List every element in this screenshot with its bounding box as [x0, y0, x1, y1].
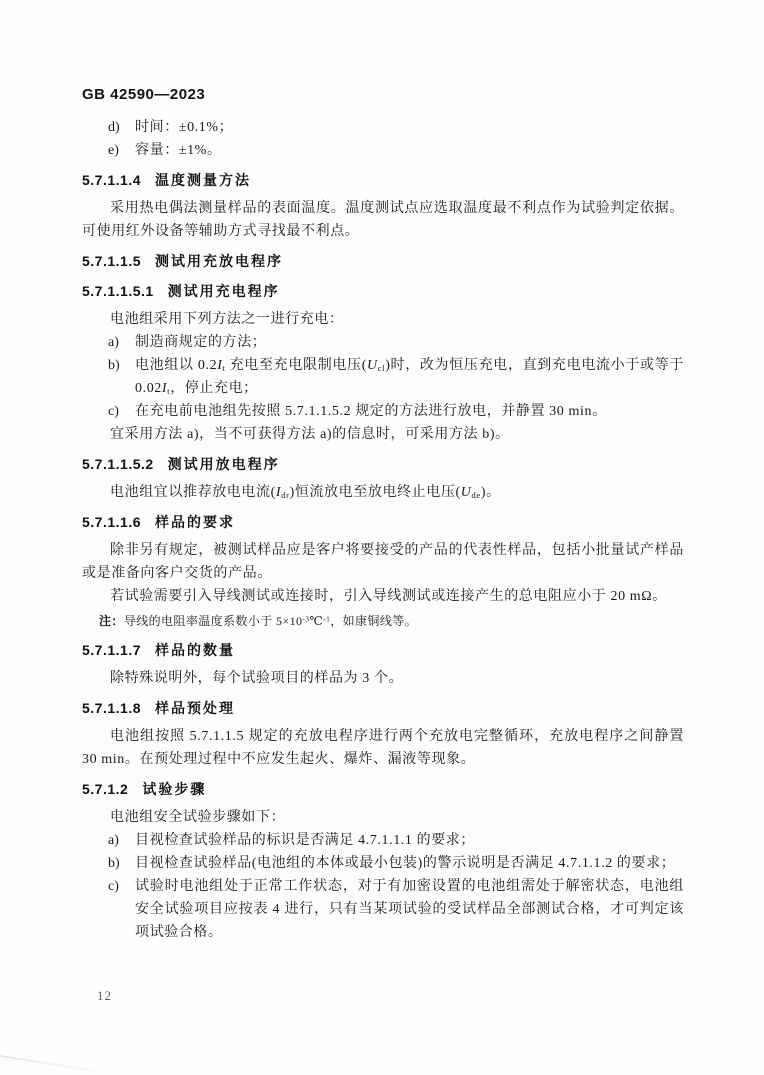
paragraph: 电池组安全试验步骤如下：: [82, 806, 684, 829]
ordered-list: a)制造商规定的方法；b)电池组以 0.2It 充电至充电限制电压(Ucl)时，…: [82, 331, 684, 423]
section-number: 5.7.1.1.5.1: [82, 283, 154, 299]
section-heading: 5.7.1.1.7样品的数量: [82, 639, 684, 662]
section-title: 样品预处理: [155, 700, 235, 716]
document-page: GB 42590—2023 d)时间：±0.1%；e)容量：±1%。5.7.1.…: [0, 0, 764, 1075]
section-number: 5.7.1.1.5.2: [82, 456, 154, 472]
list-item: a)制造商规定的方法；: [82, 331, 684, 354]
section-number: 5.7.1.1.8: [82, 700, 141, 716]
paragraph: 电池组按照 5.7.1.1.5 规定的充放电程序进行两个充放电完整循环，充放电程…: [82, 725, 684, 771]
section-heading: 5.7.1.1.5.1测试用充电程序: [82, 280, 684, 303]
paragraph: 采用热电偶法测量样品的表面温度。温度测试点应选取温度最不利点作为试验判定依据。可…: [82, 197, 684, 243]
section-heading: 5.7.1.2试验步骤: [82, 778, 684, 801]
list-item-text: 容量：±1%。: [135, 143, 222, 158]
section-title: 试验步骤: [142, 781, 206, 797]
section-title: 样品的要求: [155, 514, 235, 530]
section-heading: 5.7.1.1.8样品预处理: [82, 697, 684, 720]
paragraph: 除特殊说明外，每个试验项目的样品为 3 个。: [82, 667, 684, 690]
list-item-text: 在充电前电池组先按照 5.7.1.1.5.2 规定的方法进行放电，并静置 30 …: [135, 404, 607, 419]
paragraph: 电池组宜以推荐放电电流(Idr)恒流放电至放电终止电压(Ude)。: [82, 481, 684, 504]
paragraph: 宜采用方法 a)，当不可获得方法 a)的信息时，可采用方法 b)。: [82, 423, 684, 446]
section-number: 5.7.1.2: [82, 781, 128, 797]
list-item: b)目视检查试验样品(电池组的本体或最小包装)的警示说明是否满足 4.7.1.1…: [82, 852, 684, 875]
section-number: 5.7.1.1.7: [82, 642, 141, 658]
section-number: 5.7.1.1.5: [82, 253, 141, 269]
list-item-text: 制造商规定的方法；: [135, 335, 266, 350]
scan-artifact: [0, 1053, 115, 1075]
section-number: 5.7.1.1.6: [82, 514, 141, 530]
section-title: 测试用放电程序: [168, 456, 280, 472]
section-number: 5.7.1.1.4: [82, 172, 141, 188]
section-heading: 5.7.1.1.5测试用充放电程序: [82, 250, 684, 273]
list-item-text: 试验时电池组处于正常工作状态，对于有加密设置的电池组需处于解密状态，电池组安全试…: [135, 879, 684, 940]
note: 注：导线的电阻率温度系数小于 5×10-3℃-1，如康铜线等。: [82, 610, 684, 632]
paragraph: 若试验需要引入导线测试或连接时，引入导线测试或连接产生的总电阻应小于 20 mΩ…: [82, 585, 684, 608]
list-item: e)容量：±1%。: [82, 139, 684, 162]
list-item-marker: b): [108, 354, 120, 377]
note-label: 注：: [99, 614, 124, 628]
section-title: 测试用充放电程序: [155, 253, 283, 269]
list-item-text: 电池组以 0.2It 充电至充电限制电压(Ucl)时，改为恒压充电，直到充电电流…: [135, 358, 684, 396]
ordered-list: a)目视检查试验样品的标识是否满足 4.7.1.1.1 的要求；b)目视检查试验…: [82, 829, 684, 944]
section-heading: 5.7.1.1.5.2测试用放电程序: [82, 453, 684, 476]
list-item: d)时间：±0.1%；: [82, 116, 684, 139]
section-title: 测试用充电程序: [168, 283, 280, 299]
paragraph: 除非另有规定，被测试样品应是客户将要接受的产品的代表性样品，包括小批量试产样品或…: [82, 539, 684, 585]
page-number: 12: [97, 988, 112, 1004]
document-body: d)时间：±0.1%；e)容量：±1%。5.7.1.1.4温度测量方法采用热电偶…: [82, 116, 684, 944]
list-item-text: 时间：±0.1%；: [135, 120, 233, 135]
section-title: 样品的数量: [155, 642, 235, 658]
standard-number: GB 42590—2023: [82, 86, 205, 103]
list-item-marker: c): [108, 400, 119, 423]
list-item: c)在充电前电池组先按照 5.7.1.1.5.2 规定的方法进行放电，并静置 3…: [82, 400, 684, 423]
ordered-list: d)时间：±0.1%；e)容量：±1%。: [82, 116, 684, 162]
list-item: c)试验时电池组处于正常工作状态，对于有加密设置的电池组需处于解密状态，电池组安…: [82, 875, 684, 944]
list-item-marker: e): [108, 139, 119, 162]
list-item-text: 目视检查试验样品的标识是否满足 4.7.1.1.1 的要求；: [135, 833, 475, 848]
list-item-marker: c): [108, 875, 119, 898]
list-item-marker: d): [108, 116, 120, 139]
list-item-marker: a): [108, 829, 119, 852]
list-item-text: 目视检查试验样品(电池组的本体或最小包装)的警示说明是否满足 4.7.1.1.2…: [135, 856, 675, 871]
paragraph: 电池组采用下列方法之一进行充电：: [82, 308, 684, 331]
section-heading: 5.7.1.1.6样品的要求: [82, 511, 684, 534]
list-item: a)目视检查试验样品的标识是否满足 4.7.1.1.1 的要求；: [82, 829, 684, 852]
list-item-marker: a): [108, 331, 119, 354]
section-title: 温度测量方法: [155, 172, 251, 188]
section-heading: 5.7.1.1.4温度测量方法: [82, 169, 684, 192]
list-item-marker: b): [108, 852, 120, 875]
list-item: b)电池组以 0.2It 充电至充电限制电压(Ucl)时，改为恒压充电，直到充电…: [82, 354, 684, 400]
